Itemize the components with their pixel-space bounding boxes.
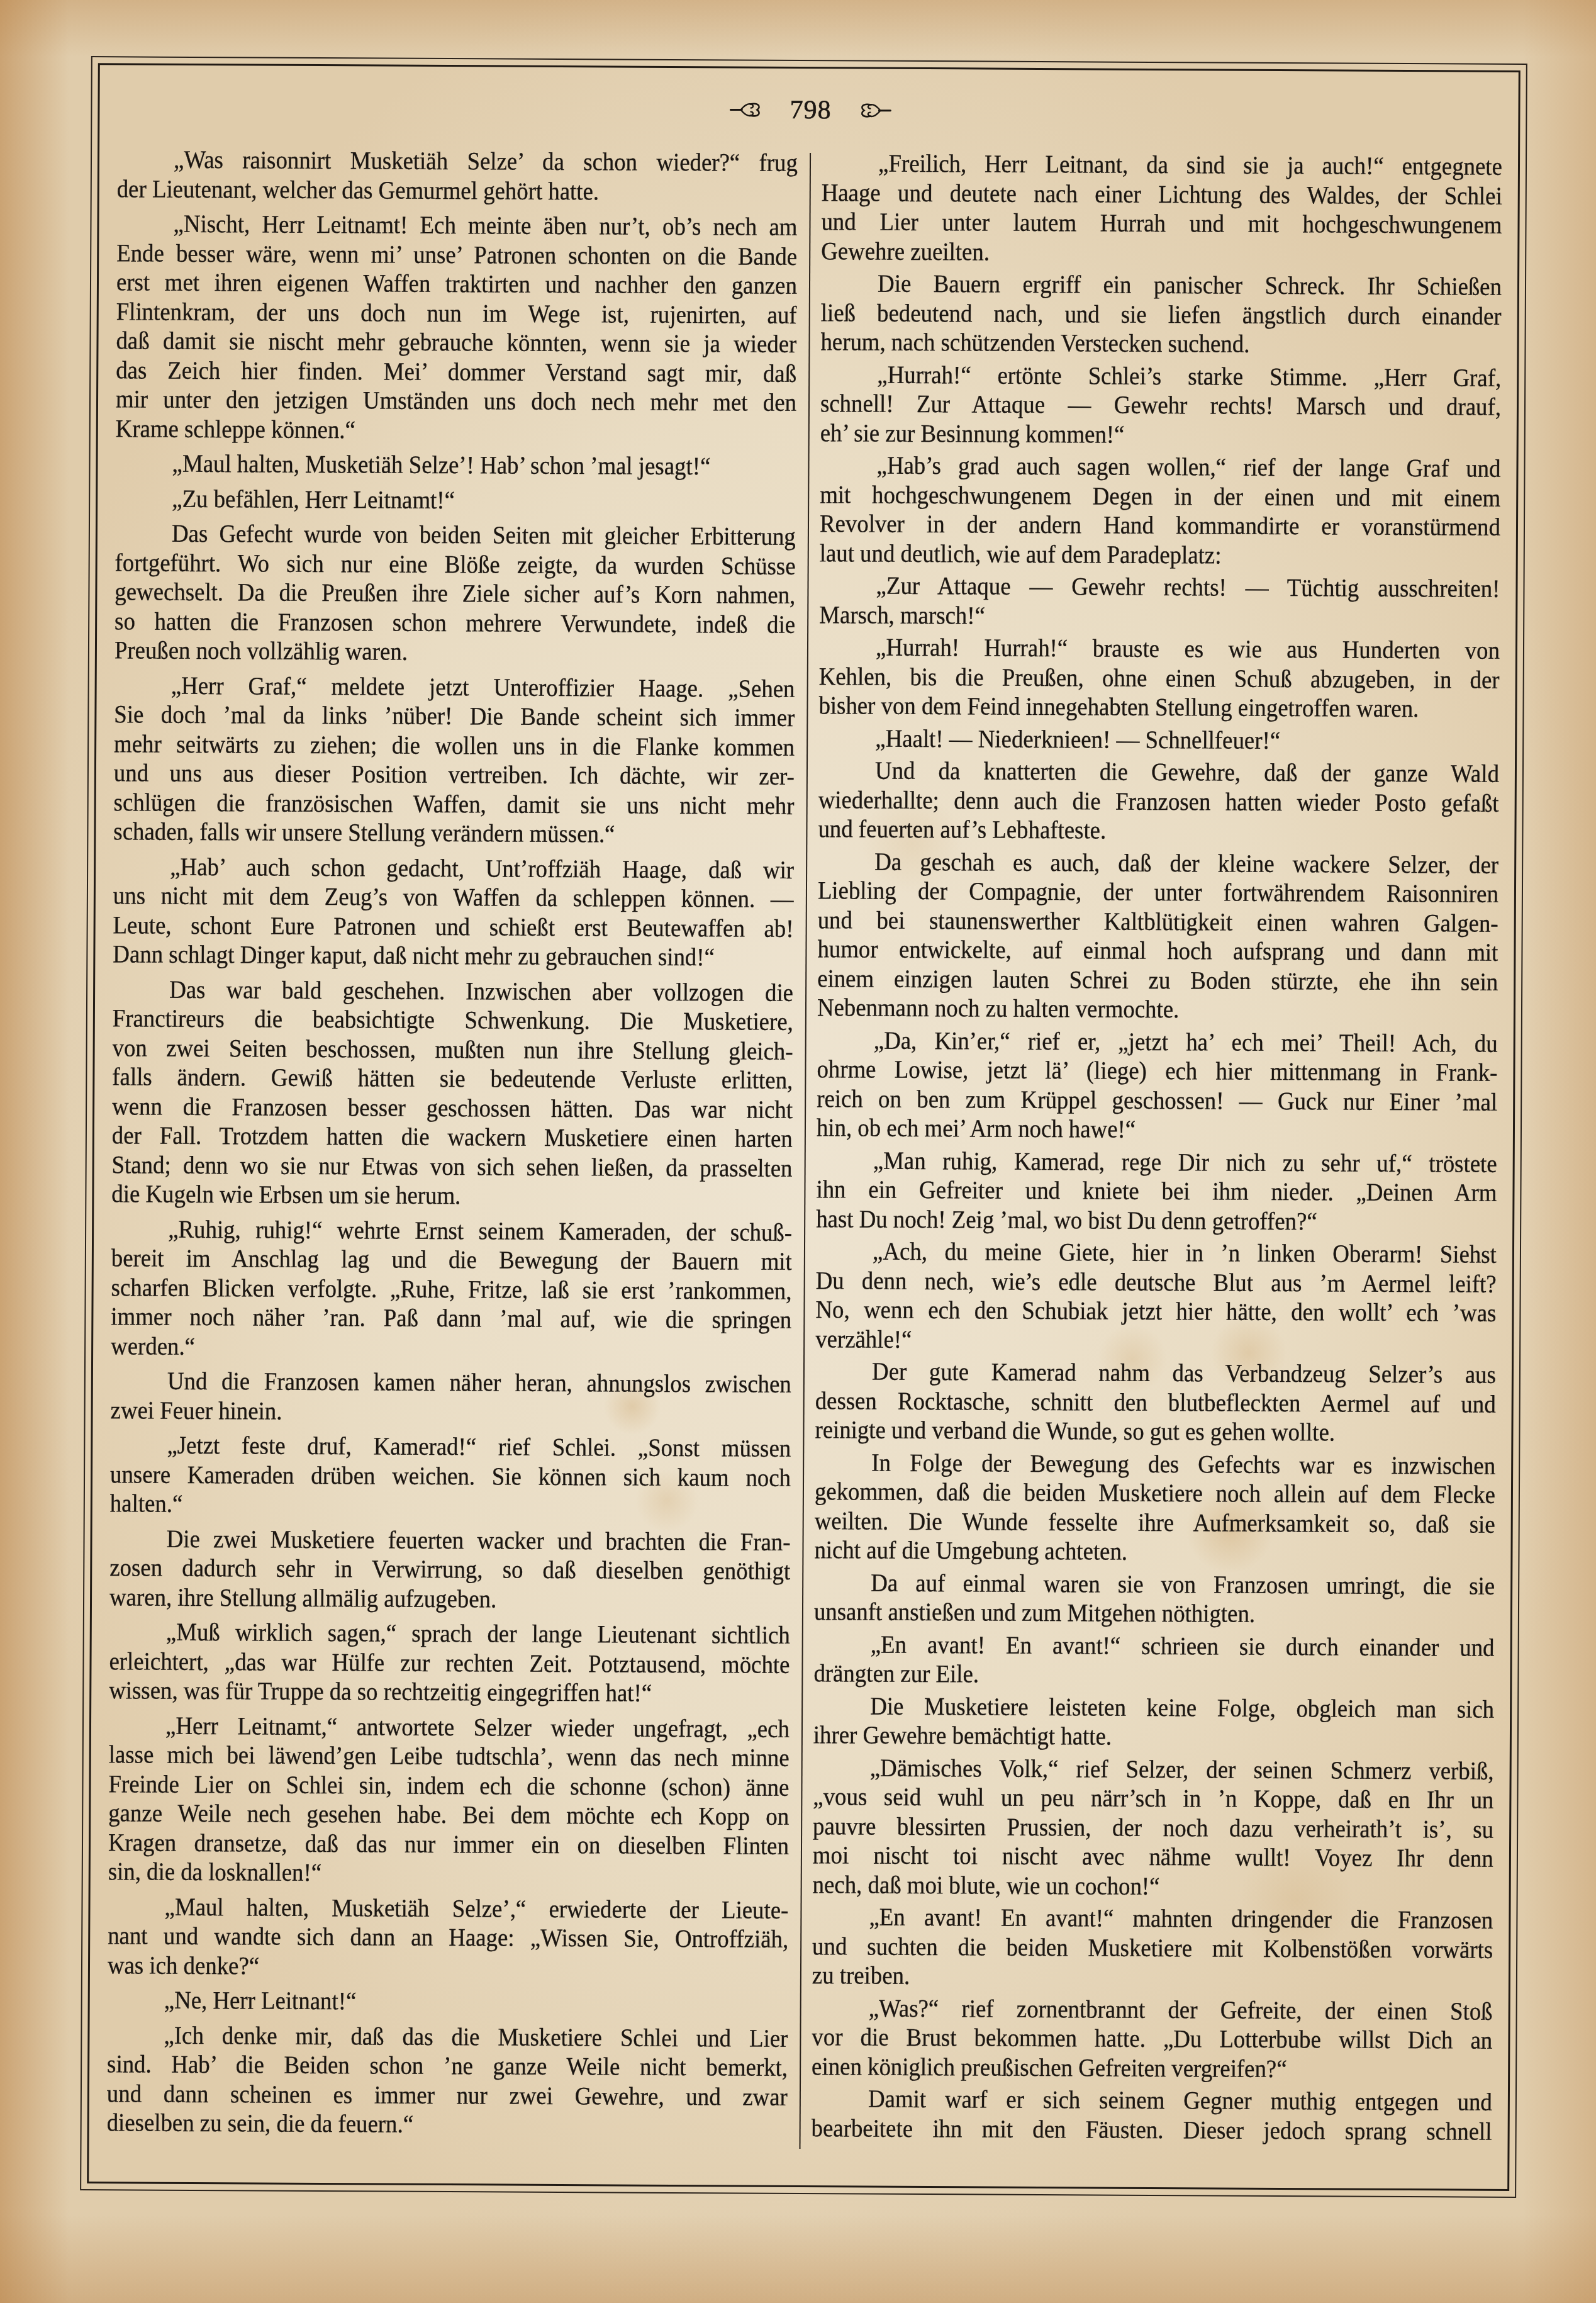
text-line: vor die Brust bekommen hatte. „Du Lotter… (812, 2022, 1492, 2055)
text-line: ohrme Lowise, jetzt lä’ (liege) ech hier… (817, 1055, 1497, 1087)
text-line: von zwei Seiten beschossen, mußten nun i… (113, 1033, 793, 1066)
text-line: Da geschah es auch, daß der kleine wacke… (818, 847, 1498, 880)
paragraph: Die Bauern ergriff ein panischer Schreck… (820, 269, 1502, 360)
text-line: Liebling der Compagnie, der unter fortwä… (818, 876, 1498, 909)
text-line: Die zwei Musketiere feuerten wacker und … (109, 1524, 790, 1557)
paragraph: Das war bald geschehen. Inzwischen aber … (111, 975, 793, 1213)
text-line: mit hochgeschwungenem Degen in der einen… (820, 480, 1500, 513)
text-line: dieselben zu sein, die da feuern.“ (107, 2108, 788, 2141)
text-line: Und da knatterten die Gewehre, daß der g… (818, 756, 1499, 788)
text-line: nicht auf die Umgebung achteten. (814, 1535, 1495, 1568)
paragraph: „Was?“ rief zornentbrannt der Gefreite, … (812, 1993, 1493, 2085)
paragraph: „Zur Attaque — Gewehr rechts! — Tüchtig … (819, 571, 1500, 633)
text-line: zosen dadurch sehr in Verwirrung, so daß… (109, 1553, 790, 1586)
left-column-text: „Was raisonnirt Musketiäh Selze’ da scho… (107, 145, 798, 2141)
paragraph: „Ruhig, ruhig!“ wehrte Ernst seinem Kame… (111, 1214, 792, 1364)
text-line: lasse mich bei läwend’gen Leibe tudtschl… (109, 1740, 790, 1773)
text-line: Da auf einmal waren sie von Franzosen um… (814, 1568, 1495, 1601)
text-line: Damit warf er sich seinem Gegner muthig … (812, 2084, 1492, 2117)
text-line: und feuerten auf’s Lebhafteste. (818, 814, 1498, 847)
text-line: ihrer Gewehre bemächtigt hatte. (813, 1720, 1494, 1753)
text-line: „Zur Attaque — Gewehr rechts! — Tüchtig … (819, 571, 1500, 603)
text-line: Flintenkram, der uns doch nun im Wege is… (116, 297, 797, 330)
text-line: gekommen, daß die beiden Musketiere noch… (815, 1477, 1495, 1510)
paragraph: Damit warf er sich seinem Gegner muthig … (812, 2084, 1492, 2146)
text-line: weilten. Die Wunde fesselte ihre Aufmerk… (815, 1506, 1495, 1539)
text-line: gewechselt. Da die Preußen ihre Ziele si… (114, 577, 795, 610)
text-line: „Ne, Herr Leitnant!“ (108, 1985, 788, 2018)
paragraph: Da geschah es auch, daß der kleine wacke… (817, 847, 1498, 1026)
text-line: erleichtert, „das war Hülfe zur rechten … (109, 1647, 790, 1679)
text-line: Marsch, marsch!“ (819, 600, 1500, 633)
text-line: wenn die Franzosen besser geschossen hät… (112, 1092, 793, 1124)
paragraph: „Hab’ auch schon gedacht, Unt’roffziäh H… (113, 852, 794, 973)
paragraph: „Man ruhig, Kamerad, rege Dir nich zu se… (816, 1146, 1497, 1237)
text-line: Das war bald geschehen. Inzwischen aber … (113, 975, 793, 1007)
text-line: verzähle!“ (815, 1325, 1496, 1357)
text-line: humor entwickelte, auf einmal hoch aufsp… (817, 934, 1498, 967)
text-line: hast Du noch! Zeig ’mal, wo bist Du denn… (816, 1204, 1497, 1237)
text-line: nech, daß moi blute, wie un cochon!“ (813, 1870, 1493, 1903)
paragraph: „Zu befählen, Herr Leitnamt!“ (115, 484, 796, 517)
text-line: unsanft anstießen und zum Mitgehen nöthi… (814, 1597, 1495, 1630)
text-line: bisher von dem Feind innegehabten Stellu… (818, 691, 1499, 724)
right-column: „Freilich, Herr Leitnant, da sind sie ja… (812, 148, 1503, 2146)
paragraph: „En avant! En avant!“ schrieen sie durch… (813, 1630, 1494, 1692)
text-line: und dann scheinen es immer nur zwei Gewe… (107, 2079, 788, 2112)
paragraph: Die Musketiere leisteten keine Folge, ob… (813, 1691, 1494, 1754)
text-line: „Freilich, Herr Leitnant, da sind sie ja… (822, 148, 1502, 181)
paragraph: „Ne, Herr Leitnant!“ (108, 1985, 788, 2018)
text-line: so hatten die Franzosen schon mehrere Ve… (114, 607, 795, 639)
paragraph: „Was raisonnirt Musketiäh Selze’ da scho… (117, 145, 798, 207)
page-number: 798 (790, 95, 831, 125)
page-header: 798 (684, 91, 936, 130)
text-line: „Nischt, Herr Leitnamt! Ech meinte äben … (116, 209, 797, 242)
text-line: „Herr Leitnamt,“ antwortete Selzer wiede… (109, 1711, 790, 1744)
paragraph: Da auf einmal waren sie von Franzosen um… (814, 1568, 1495, 1630)
text-line: Du denn nech, wie’s edle deutsche Blut a… (816, 1266, 1497, 1299)
text-line: und suchten die beiden Musketiere mit Ko… (812, 1932, 1493, 1964)
text-line: Der gute Kamerad nahm das Verbandzeug Se… (815, 1357, 1496, 1389)
paragraph: „Haalt! — Niederknieen! — Schnellfeuer!“ (818, 724, 1499, 756)
text-line: „Man ruhig, Kamerad, rege Dir nich zu se… (817, 1146, 1497, 1179)
paragraph: Und die Franzosen kamen näher heran, ahn… (111, 1366, 791, 1428)
text-line: „Muß wirklich sagen,“ sprach der lange L… (109, 1617, 790, 1650)
text-line: eh’ sie zur Besinnung kommen!“ (820, 418, 1501, 451)
text-line: „Was?“ rief zornentbrannt der Gefreite, … (812, 1993, 1493, 2026)
text-line: pauvre blessirten Prussien, der noch daz… (813, 1812, 1493, 1844)
paragraph: „Nischt, Herr Leitnamt! Ech meinte äben … (116, 209, 798, 447)
text-line: „Was raisonnirt Musketiäh Selze’ da scho… (117, 145, 798, 177)
left-column: „Was raisonnirt Musketiäh Selze’ da scho… (107, 145, 798, 2141)
text-line: uns nicht mit dem Zeug’s von Waffen da s… (113, 881, 794, 914)
text-line: und Lier unter lautem Hurrah und mit hoc… (821, 207, 1502, 240)
text-line: schlügen die französischen Waffen, damit… (114, 788, 795, 821)
text-line: „En avant! En avant!“ mahnten dringender… (812, 1902, 1493, 1935)
text-line: Freinde Lier on Schlei sin, indem ech di… (108, 1769, 789, 1802)
text-line: Das Gefecht wurde von beiden Seiten mit … (115, 518, 796, 551)
text-line: nant und wandte sich dann an Haage: „Wis… (108, 1921, 788, 1954)
text-line: was ich denke?“ (108, 1951, 788, 1983)
paragraph: „Freilich, Herr Leitnant, da sind sie ja… (821, 148, 1502, 269)
printed-sheet: 798 „Was raisonnirt Musketiäh Selze’ da … (0, 0, 1596, 2303)
text-line: einen königlich preußischen Gefreiten ve… (812, 2052, 1492, 2085)
text-line: „Hurrah! Hurrah!“ brauste es wie aus Hun… (819, 632, 1500, 665)
text-line: reinigte und verband die Wunde, so gut e… (815, 1415, 1495, 1448)
text-line: fortgeführt. Wo sich nur eine Blöße zeig… (115, 548, 796, 581)
text-line: Leute, schont Eure Patronen und schießt … (113, 911, 794, 943)
text-line: falls ändern. Gewiß hätten sie bedeutend… (112, 1062, 793, 1095)
text-line: die Kugeln wie Erbsen um sie herum. (111, 1179, 792, 1212)
text-line: reich on ben zum Krüppel geschossen! — G… (817, 1084, 1497, 1117)
text-line: „Maul halten, Musketiäh Selze’! Hab’ sch… (115, 449, 796, 481)
text-line: drängten zur Eile. (813, 1659, 1494, 1691)
text-line: „Hurrah!“ ertönte Schlei’s starke Stimme… (820, 360, 1501, 393)
text-line: dessen Rocktasche, schnitt den blutbefle… (815, 1386, 1496, 1419)
paragraph: „Maul halten, Musketiäh Selze’! Hab’ sch… (115, 449, 796, 481)
text-line: zu treiben. (812, 1961, 1493, 1993)
paragraph: „Hurrah! Hurrah!“ brauste es wie aus Hun… (818, 632, 1500, 724)
text-line: sind. Hab’ die Beiden schon ’ne ganze We… (107, 2049, 788, 2082)
text-line: mehr seitwärts zu ziehen; die wollen uns… (114, 729, 795, 762)
text-line: bereit im Anschlag lag und die Bewegung … (111, 1243, 792, 1276)
text-line: hin, ob ech mei’ Arm noch hawe!“ (817, 1113, 1497, 1146)
text-line: herum, nach schützenden Verstecken suche… (820, 327, 1501, 360)
text-line: der Fall. Trotzdem hatten die wackern Mu… (112, 1121, 793, 1153)
text-line: mir unter den jetzigen Umständen uns doc… (116, 384, 796, 417)
right-column-text: „Freilich, Herr Leitnant, da sind sie ja… (812, 148, 1502, 2146)
text-line: „Da, Kin’er,“ rief er, „jetzt ha’ ech me… (817, 1026, 1498, 1058)
text-line: wiederhallte; denn auch die Franzosen ha… (818, 785, 1499, 818)
text-line: Nebenmann noch zu halten vermochte. (817, 993, 1498, 1026)
text-line: zwei Feuer hinein. (111, 1396, 791, 1428)
text-line: Dann schlagt Dinger kaput, daß nicht meh… (113, 939, 793, 972)
text-line: das Zeich hier finden. Mei’ dommer Verst… (116, 356, 796, 388)
text-line: „Dämisches Volk,“ rief Selzer, der seine… (813, 1753, 1494, 1786)
text-line: „Ruhig, ruhig!“ wehrte Ernst seinem Kame… (111, 1214, 792, 1247)
fleuron-right-icon (859, 101, 891, 120)
text-line: In Folge der Bewegung des Gefechts war e… (815, 1448, 1495, 1481)
text-line: der Lieutenant, welcher das Gemurmel geh… (117, 174, 798, 207)
text-line: Haage und deutete nach einer Lichtung de… (822, 178, 1502, 211)
text-line: schnell! Zur Attaque — Gewehr rechts! Ma… (820, 389, 1501, 422)
text-line: „Zu befählen, Herr Leitnamt!“ (115, 484, 796, 517)
text-line: Revolver in der andern Hand kommandirte … (820, 509, 1500, 542)
paragraph: „Ach, du meine Giete, hier in ’n linken … (815, 1236, 1497, 1357)
text-line: „Herr Graf,“ meldete jetzt Unteroffizier… (114, 671, 795, 703)
newspaper-page: 798 „Was raisonnirt Musketiäh Selze’ da … (0, 0, 1596, 2303)
paragraph: „Hurrah!“ ertönte Schlei’s starke Stimme… (820, 360, 1502, 451)
text-line: einem einzigen lauten Schrei zu Boden st… (817, 964, 1498, 997)
text-line: „vous seid wuhl un peu närr’sch in ’n Ko… (813, 1782, 1493, 1815)
paragraph: Die zwei Musketiere feuerten wacker und … (109, 1524, 791, 1615)
text-line: Stand; denn wo sie nur Etwas von sich se… (112, 1150, 793, 1183)
paragraph: „Dämisches Volk,“ rief Selzer, der seine… (813, 1753, 1494, 1903)
text-line: „Hab’s grad auch sagen wollen,“ rief der… (820, 451, 1500, 483)
text-line: Und die Franzosen kamen näher heran, ahn… (111, 1366, 791, 1399)
paragraph: Der gute Kamerad nahm das Verbandzeug Se… (815, 1357, 1496, 1448)
text-line: „Maul halten, Musketiäh Selze’,“ erwiede… (108, 1892, 788, 1925)
text-line: und bei staunenswerther Kaltblütigkeit e… (818, 905, 1498, 938)
text-line: Kehlen, bis die Preußen, ohne einen Schu… (819, 662, 1500, 695)
paragraph: „En avant! En avant!“ mahnten dringender… (812, 1902, 1493, 1993)
text-line: „Ach, du meine Giete, hier in ’n linken … (816, 1236, 1497, 1269)
text-line: daß damit sie nischt mehr gebrauche könn… (116, 326, 796, 359)
text-line: halten.“ (110, 1489, 791, 1521)
text-line: Preußen noch vollzählig waren. (114, 636, 795, 668)
text-line: waren, ihre Stellung allmälig aufzugeben… (109, 1583, 790, 1615)
paragraph: „Maul halten, Musketiäh Selze’,“ erwiede… (108, 1892, 789, 1983)
text-line: „En avant! En avant!“ schrieen sie durch… (814, 1630, 1495, 1662)
text-line: unsere Kameraden drüben weichen. Sie kön… (110, 1460, 791, 1493)
text-line: erst met ihren eigenen Waffen traktirten… (116, 267, 797, 300)
paragraph: „Herr Leitnamt,“ antwortete Selzer wiede… (108, 1711, 790, 1890)
text-line: moi nischt toi nischt avec nähme wullt! … (813, 1841, 1493, 1873)
text-line: Ende besser wäre, wenn mi’ unse’ Patrone… (116, 238, 797, 271)
paragraph: „Hab’s grad auch sagen wollen,“ rief der… (820, 451, 1501, 571)
paragraph: „Muß wirklich sagen,“ sprach der lange L… (109, 1617, 790, 1708)
text-line: „Ich denke mir, daß das die Musketiere S… (107, 2020, 788, 2053)
text-line: „Jetzt feste druf, Kamerad!“ rief Schlei… (110, 1430, 791, 1463)
text-line: wissen, was für Truppe da so rechtzeitig… (109, 1676, 790, 1708)
paragraph: In Folge der Bewegung des Gefechts war e… (814, 1448, 1495, 1569)
text-line: Krame schleppe können.“ (116, 414, 796, 447)
text-line: laut und deutlich, wie auf dem Paradepla… (820, 539, 1500, 571)
text-line: „Haalt! — Niederknieen! — Schnellfeuer!“ (818, 724, 1499, 756)
text-line: Kragen dransetze, daß das nur immer ein … (108, 1828, 789, 1861)
paragraph: „Da, Kin’er,“ rief er, „jetzt ha’ ech me… (817, 1026, 1498, 1146)
text-line: ließ bedeutend nach, und sie liefen ängs… (821, 298, 1502, 331)
text-line: scharfen Blicken verfolgte. „Ruhe, Fritz… (111, 1273, 792, 1306)
text-line: sin, die da losknallen!“ (108, 1857, 789, 1890)
text-line: Die Musketiere leisteten keine Folge, ob… (813, 1691, 1494, 1724)
text-line: Franctireurs die beabsichtigte Schwenkun… (113, 1004, 793, 1036)
text-line: No, wenn ech den Schubiak jetzt hier hät… (815, 1295, 1496, 1328)
text-line: und uns aus dieser Position vertreiben. … (114, 758, 795, 791)
paragraph: „Ich denke mir, daß das die Musketiere S… (107, 2020, 788, 2141)
text-line: ganze Weile nech gesehen habe. Bei dem m… (108, 1798, 789, 1831)
paragraph: „Jetzt feste druf, Kamerad!“ rief Schlei… (110, 1430, 791, 1521)
text-line: Gewehre zueilten. (821, 237, 1502, 269)
text-line: ihn ein Gefreiter und kniete bei ihm nie… (816, 1175, 1497, 1208)
text-line: Die Bauern ergriff ein panischer Schreck… (821, 269, 1502, 301)
text-line: werden.“ (111, 1331, 791, 1364)
text-line: Sie doch ’mal da links ’nüber! Die Bande… (114, 700, 795, 732)
paragraph: Das Gefecht wurde von beiden Seiten mit … (114, 518, 796, 668)
paragraph: „Herr Graf,“ meldete jetzt Unteroffizier… (113, 671, 795, 850)
text-line: immer noch näher ’ran. Paß dann ’mal auf… (111, 1302, 791, 1335)
text-line: schaden, falls wir unsere Stellung verän… (113, 817, 794, 849)
text-line: bearbeitete ihn mit den Fäusten. Dieser … (812, 2114, 1492, 2146)
fleuron-left-icon (729, 100, 762, 119)
paragraph: Und da knatterten die Gewehre, daß der g… (818, 756, 1499, 847)
text-line: „Hab’ auch schon gedacht, Unt’roffziäh H… (113, 852, 794, 885)
